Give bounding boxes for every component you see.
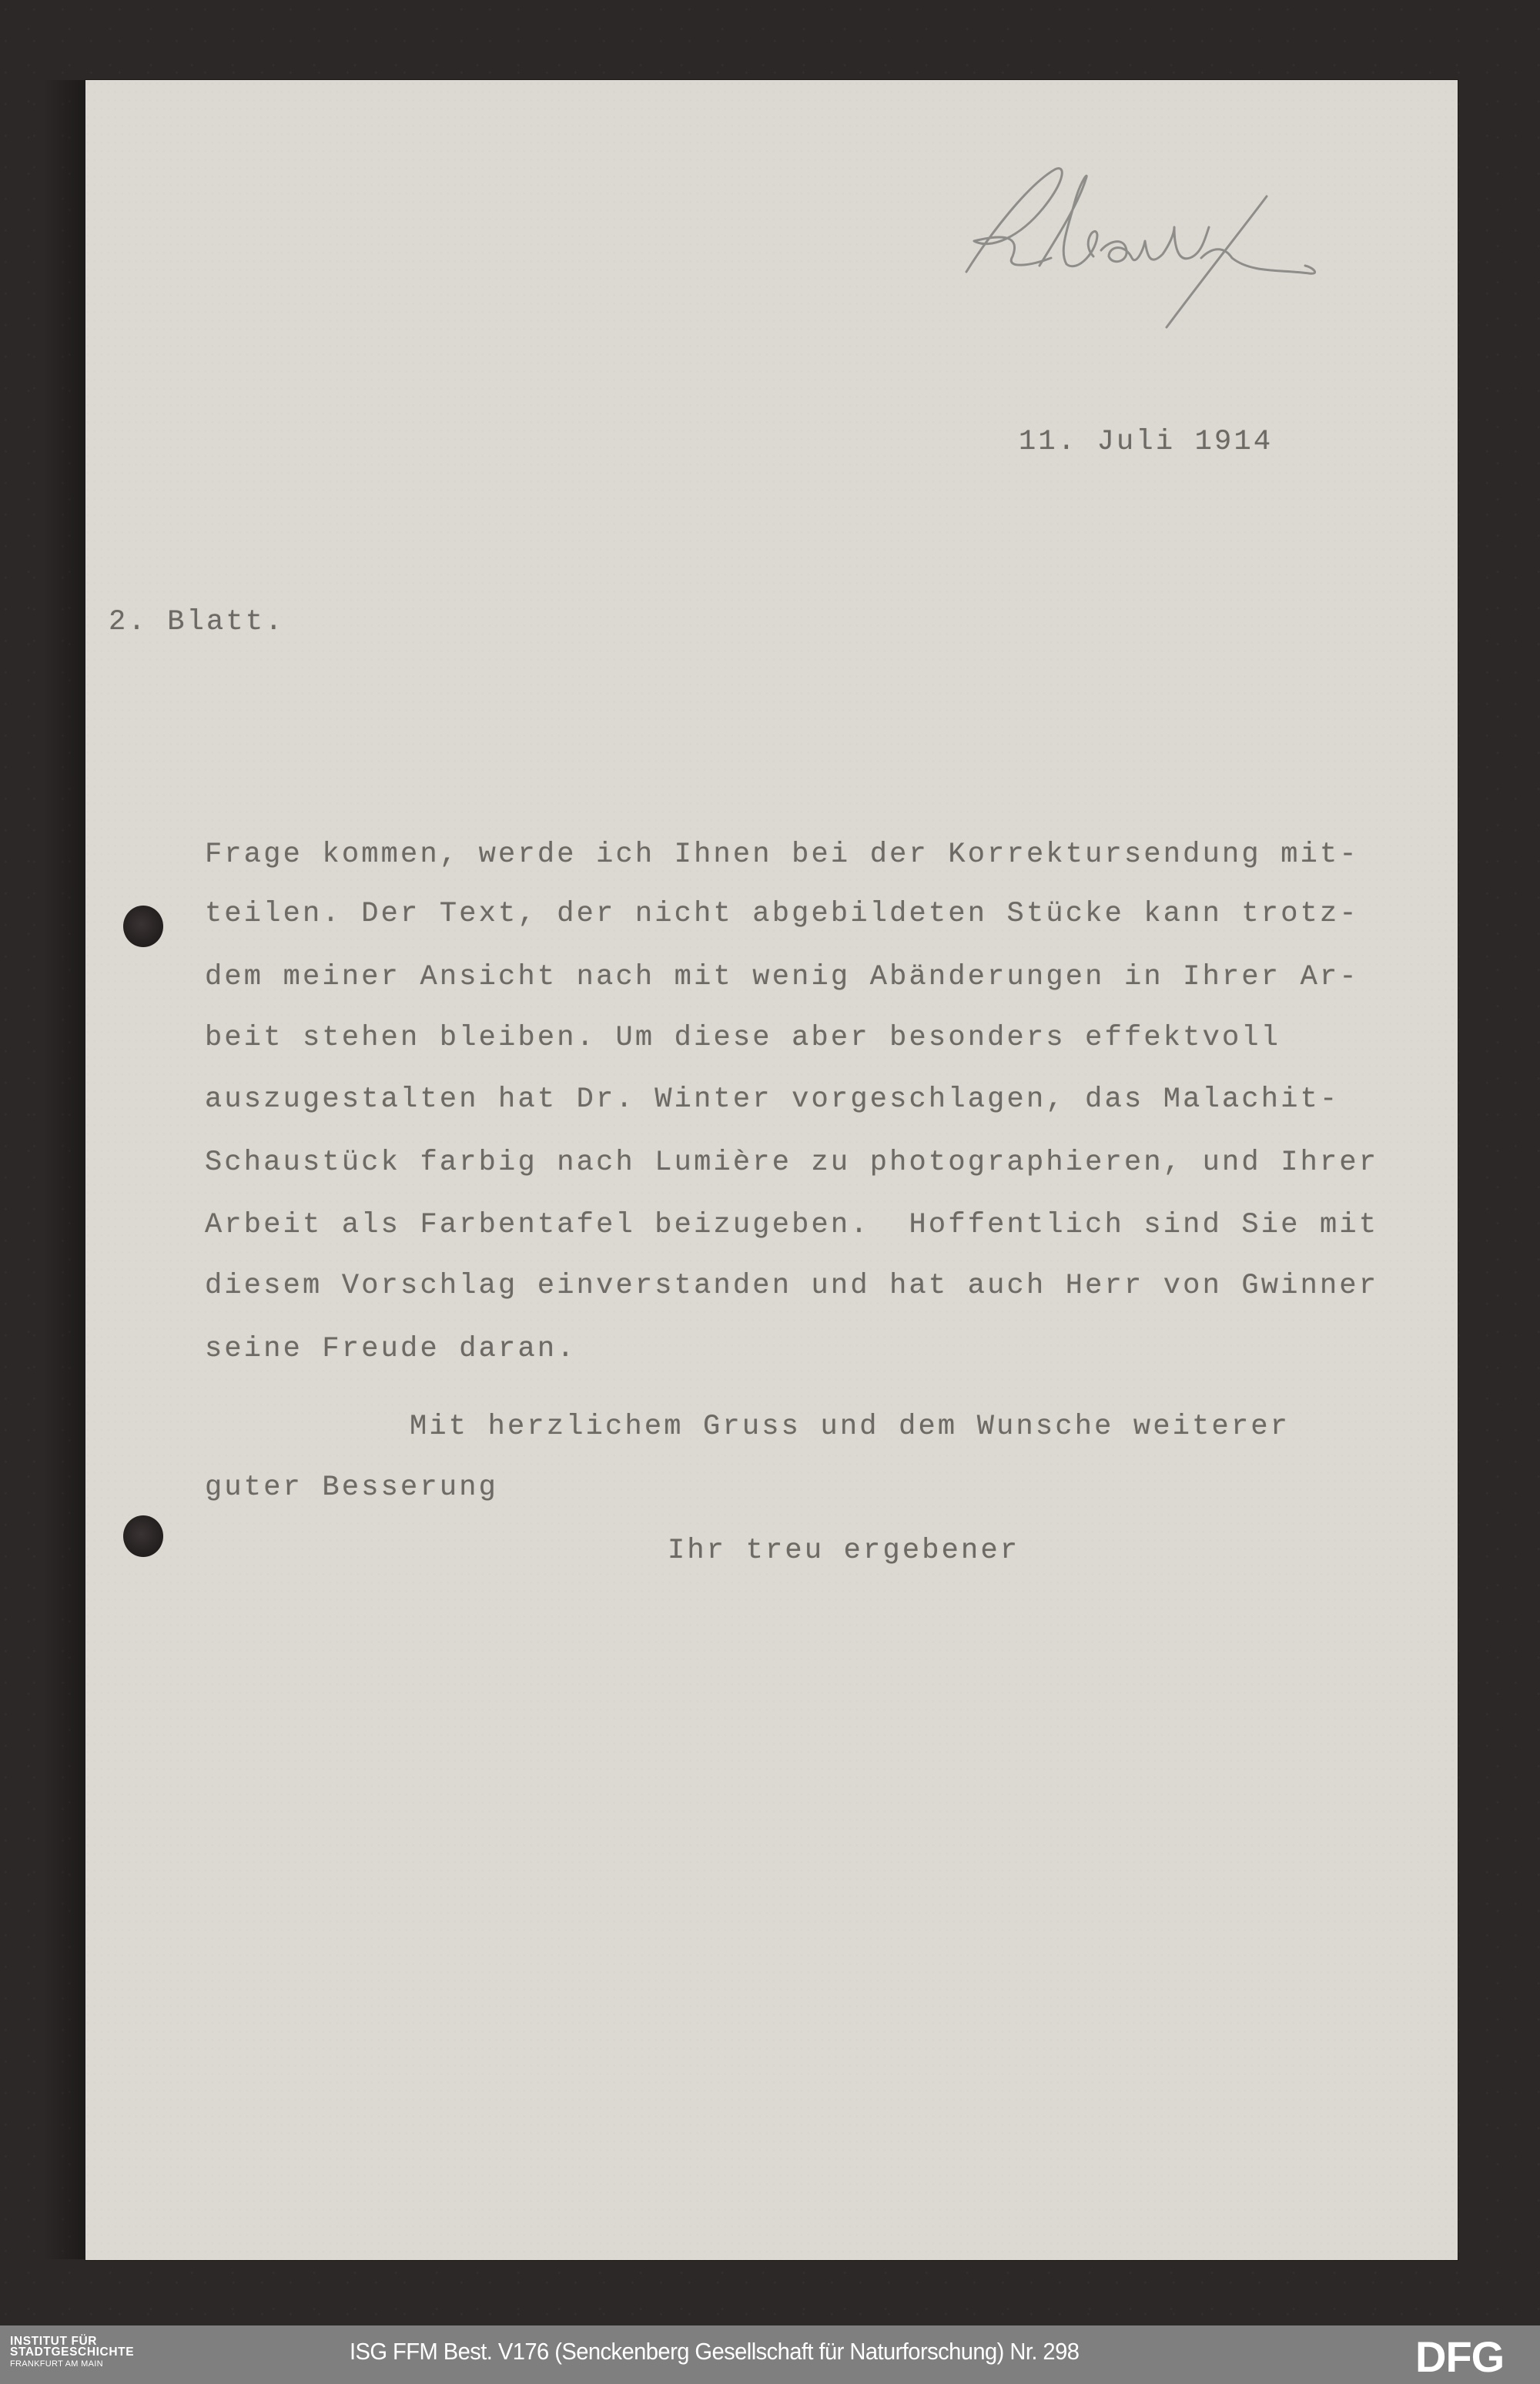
punch-hole-top — [123, 906, 163, 947]
punch-hole-bottom — [123, 1515, 163, 1557]
body-line: Frage kommen, werde ich Ihnen bei der Ko… — [205, 841, 1359, 869]
body-line: dem meiner Ansicht nach mit wenig Abände… — [205, 963, 1359, 992]
sheet-number: 2. Blatt. — [109, 608, 285, 637]
closing-greeting-continued: guter Besserung — [205, 1474, 498, 1502]
body-line: auszugestalten hat Dr. Winter vorgeschla… — [205, 1086, 1339, 1114]
pencil-signature — [943, 150, 1405, 350]
body-line: Arbeit als Farbentafel beizugeben. Hoffe… — [205, 1211, 1378, 1240]
institution-line-3: FRANKFURT AM MAIN — [10, 2359, 134, 2369]
body-line: teilen. Der Text, der nicht abgebildeten… — [205, 900, 1359, 929]
body-line: seine Freude daran. — [205, 1335, 577, 1364]
paper-shadow — [42, 80, 85, 2259]
body-line: beit stehen bleiben. Um diese aber beson… — [205, 1024, 1281, 1053]
letter-date: 11. Juli 1914 — [1019, 428, 1273, 457]
body-line: Schaustück farbig nach Lumière zu photog… — [205, 1149, 1378, 1177]
institution-line-2: STADTGESCHICHTE — [10, 2347, 134, 2358]
body-line: diesem Vorschlag einverstanden und hat a… — [205, 1272, 1378, 1301]
archive-caption: ISG FFM Best. V176 (Senckenberg Gesellsc… — [350, 2338, 1079, 2366]
sign-off: Ihr treu ergebener — [668, 1537, 1019, 1565]
dfg-logo: DFG — [1415, 2338, 1504, 2376]
archive-footer: INSTITUT FÜR STADTGESCHICHTE FRANKFURT A… — [0, 2325, 1540, 2384]
institution-logo: INSTITUT FÜR STADTGESCHICHTE FRANKFURT A… — [10, 2336, 134, 2369]
closing-greeting: Mit herzlichem Gruss und dem Wunsche wei… — [410, 1413, 1290, 1441]
